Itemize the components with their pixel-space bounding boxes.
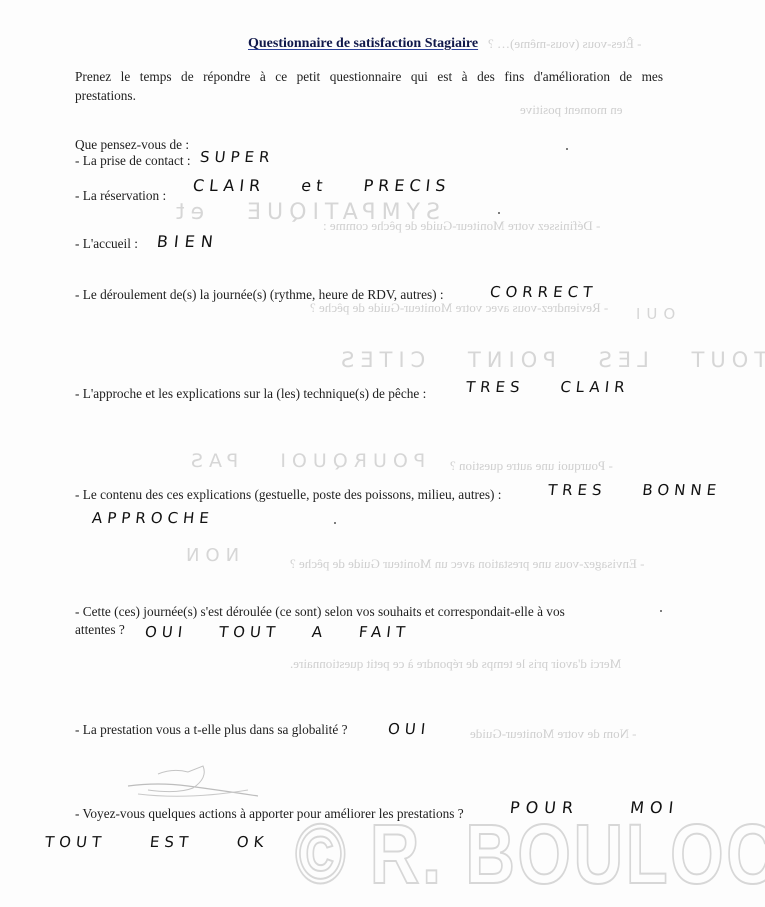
questions-lead: Que pensez-vous de : xyxy=(75,137,189,153)
question-accueil: - L'accueil : xyxy=(75,236,138,252)
copyright-watermark: © R. BOULOC xyxy=(295,812,765,896)
scan-speck xyxy=(660,610,662,612)
question-reservation: - La réservation : xyxy=(75,188,166,204)
question-souhaits-continued: attentes ? xyxy=(75,622,125,638)
answer-prise-de-contact: SUPER xyxy=(199,148,275,166)
scan-speck xyxy=(566,148,568,150)
answer-globalite: OUI xyxy=(387,720,431,738)
bleed-handwriting: NON xyxy=(180,545,239,566)
bleed-line: - Pourquoi une autre question ? xyxy=(450,458,613,474)
answer-accueil: BIEN xyxy=(156,232,220,251)
bleed-handwriting: POURQUOI PAS xyxy=(185,450,425,472)
question-actions: - Voyez-vous quelques actions à apporter… xyxy=(75,806,464,822)
bleed-line: - Êtes-vous (vous-même)… ? xyxy=(488,36,641,52)
scan-speck xyxy=(498,212,500,214)
scan-speck xyxy=(334,522,336,524)
signature-scribble xyxy=(118,760,268,804)
question-deroulement: - Le déroulement de(s) la journée(s) (ry… xyxy=(75,287,444,303)
question-globalite: - La prestation vous a t-elle plus dans … xyxy=(75,722,348,738)
question-prise-de-contact: - La prise de contact : xyxy=(75,153,191,169)
answer-actions-continued: TOUT EST OK xyxy=(44,833,269,851)
bleed-line: Merci d'avoir pris le temps de répondre … xyxy=(290,656,621,672)
document-title: Questionnaire de satisfaction Stagiaire xyxy=(248,36,478,52)
bleed-handwriting: POUR TOUT LES POINT CITES xyxy=(335,348,765,372)
question-souhaits: - Cette (ces) journée(s) s'est déroulée … xyxy=(75,604,565,620)
answer-reservation: CLAIR et PRECIS xyxy=(192,176,451,195)
bleed-line: - Nom de votre Moniteur-Guide xyxy=(470,726,637,742)
scanned-page: - Êtes-vous (vous-même)… ? en moment pos… xyxy=(0,0,765,907)
question-approche: - L'approche et les explications sur la … xyxy=(75,386,426,402)
question-contenu: - Le contenu des ces explications (gestu… xyxy=(75,487,502,503)
answer-souhaits: OUI TOUT A FAIT xyxy=(144,623,411,641)
answer-approche: TRES CLAIR xyxy=(465,378,631,396)
answer-actions: POUR MOI xyxy=(509,798,680,817)
answer-contenu-continued: APPROCHE xyxy=(91,509,215,527)
bleed-handwriting: SYMPATIQUE et xyxy=(170,200,440,225)
bleed-handwriting: OUI xyxy=(630,305,675,323)
intro-paragraph: Prenez le temps de répondre à ce petit q… xyxy=(75,67,663,105)
answer-deroulement: CORRECT xyxy=(489,283,598,301)
bleed-line: - Envisagez-vous une prestation avec un … xyxy=(290,556,645,572)
answer-contenu: TRES BONNE xyxy=(547,481,722,499)
